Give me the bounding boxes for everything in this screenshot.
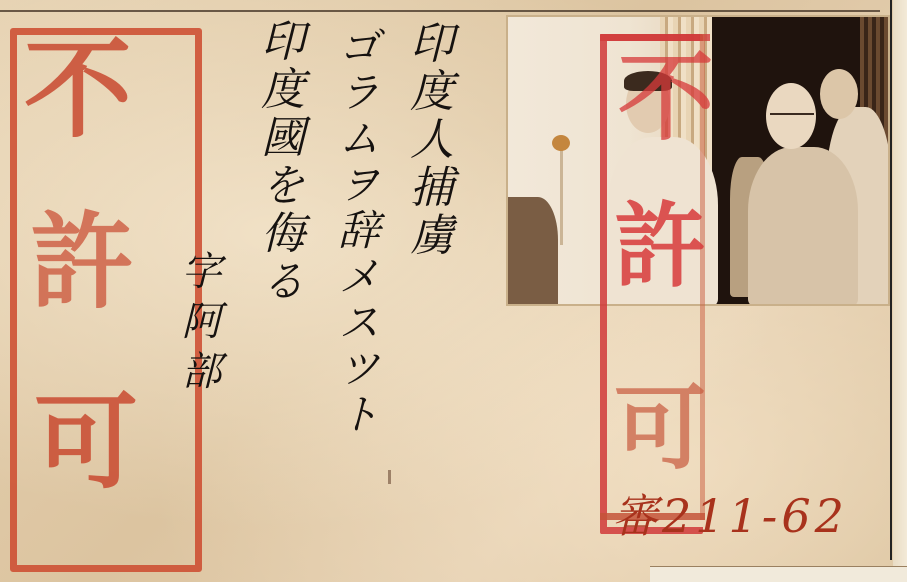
handwritten-note-column-3: 印度國を侮る: [256, 18, 300, 306]
stamp-char-fu: 不: [24, 36, 132, 144]
microphone-icon: [552, 135, 570, 151]
microphone-stand: [560, 145, 563, 245]
photo-person-foreground: [508, 197, 558, 304]
photo-stamp-char-fu: 不: [618, 50, 714, 146]
top-border-line: [0, 10, 880, 12]
stamp-char-ka: 可: [34, 390, 138, 494]
handwritten-signature: 字阿部: [178, 250, 218, 400]
handwritten-note-column-1: 印度人捕虜: [405, 20, 449, 260]
reference-number: 審211-62: [612, 480, 848, 546]
photo-person-2-body: [748, 147, 858, 304]
ink-mark: [388, 470, 391, 484]
glasses-icon: [770, 113, 814, 123]
photo-person-3-head: [820, 69, 858, 119]
handwritten-note-column-2: ゴラムヲ辞メスツト: [335, 24, 377, 438]
photo-stamp-char-ka: 可: [614, 382, 706, 474]
right-border-line: [890, 0, 892, 560]
page-edge: [893, 0, 907, 582]
photo-stamp-char-kyo: 許: [614, 200, 706, 292]
bottom-edge-strip: [650, 566, 907, 582]
stamp-char-kyo: 許: [30, 210, 134, 314]
